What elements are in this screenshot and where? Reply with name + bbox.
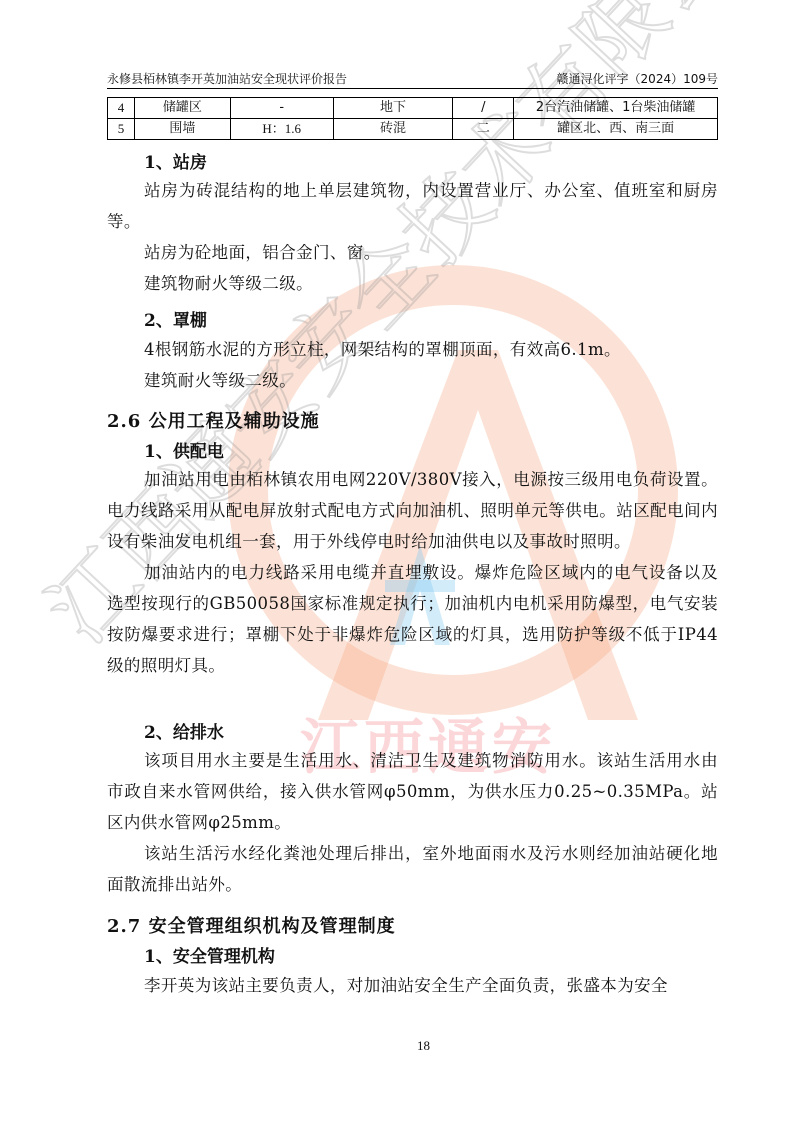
heading-station-house: 1、站房 (144, 148, 207, 173)
paragraph: 4根钢筋水泥的方形立柱，网架结构的罩棚顶面，有效高6.1m。 (107, 334, 718, 365)
heading-power-supply: 1、供配电 (144, 437, 224, 462)
table-cell: 4 (108, 98, 135, 119)
table-cell: 砖混 (333, 119, 453, 140)
paragraph: 建筑耐火等级二级。 (107, 365, 718, 396)
table-cell: - (230, 98, 333, 119)
heading-water: 2、给排水 (144, 718, 224, 743)
table-cell: 地下 (333, 98, 453, 119)
station-house-body: 站房为砖混结构的地上单层建筑物，内设置营业厅、办公室、值班室和厨房等。 站房为砼… (107, 175, 718, 299)
table-row: 4 储罐区 - 地下 / 2台汽油储罐、1台柴油储罐 (108, 98, 718, 119)
heading-canopy: 2、罩棚 (144, 306, 207, 331)
paragraph: 加油站用电由栢林镇农用电网220V/380V接入，电源按三级用电负荷设置。电力线… (107, 464, 718, 557)
canopy-body: 4根钢筋水泥的方形立柱，网架结构的罩棚顶面，有效高6.1m。 建筑耐火等级二级。 (107, 334, 718, 396)
paragraph: 建筑物耐火等级二级。 (107, 268, 718, 299)
paragraph: 该站生活污水经化粪池处理后排出，室外地面雨水及污水则经加油站硬化地面散流排出站外… (107, 838, 718, 900)
paragraph: 站房为砖混结构的地上单层建筑物，内设置营业厅、办公室、值班室和厨房等。 (107, 175, 718, 237)
paragraph: 站房为砼地面，铝合金门、窗。 (107, 237, 718, 268)
table-row: 5 围墙 H：1.6 砖混 二 罐区北、西、南三面 (108, 119, 718, 140)
table-cell: H：1.6 (230, 119, 333, 140)
report-title: 永修县栢林镇李开英加油站安全现状评价报告 (107, 70, 347, 87)
table-cell: / (453, 98, 514, 119)
safety-org-body: 李开英为该站主要负责人，对加油站安全生产全面负责，张盛本为安全 (107, 970, 718, 1001)
table-cell: 二 (453, 119, 514, 140)
doc-number: 赣通浔化评字（2024）109号 (557, 70, 718, 87)
paragraph: 李开英为该站主要负责人，对加油站安全生产全面负责，张盛本为安全 (107, 970, 718, 1001)
power-supply-body: 加油站用电由栢林镇农用电网220V/380V接入，电源按三级用电负荷设置。电力线… (107, 464, 718, 681)
paragraph: 该项目用水主要是生活用水、清洁卫生及建筑物消防用水。该站生活用水由市政自来水管网… (107, 745, 718, 838)
page-number: 18 (417, 1038, 430, 1054)
water-body: 该项目用水主要是生活用水、清洁卫生及建筑物消防用水。该站生活用水由市政自来水管网… (107, 745, 718, 900)
table-cell: 5 (108, 119, 135, 140)
page-header: 永修县栢林镇李开英加油站安全现状评价报告 赣通浔化评字（2024）109号 (107, 70, 718, 89)
table-cell: 2台汽油储罐、1台柴油储罐 (514, 98, 718, 119)
paragraph: 加油站内的电力线路采用电缆并直埋敷设。爆炸危险区域内的电气设备以及选型按现行的G… (107, 557, 718, 681)
section-heading-2-7: 2.7 安全管理组织机构及管理制度 (107, 912, 396, 938)
table-cell: 储罐区 (134, 98, 230, 119)
section-heading-2-6: 2.6 公用工程及辅助设施 (107, 407, 320, 433)
table-cell: 围墙 (134, 119, 230, 140)
document-page: 江西通安安全技术有限公司 江西通安 永修县栢林镇李开英加油站安全现状评价报告 赣… (0, 0, 793, 1122)
facility-table: 4 储罐区 - 地下 / 2台汽油储罐、1台柴油储罐 5 围墙 H：1.6 砖混… (107, 97, 718, 140)
heading-safety-org: 1、安全管理机构 (144, 942, 275, 967)
table-cell: 罐区北、西、南三面 (514, 119, 718, 140)
